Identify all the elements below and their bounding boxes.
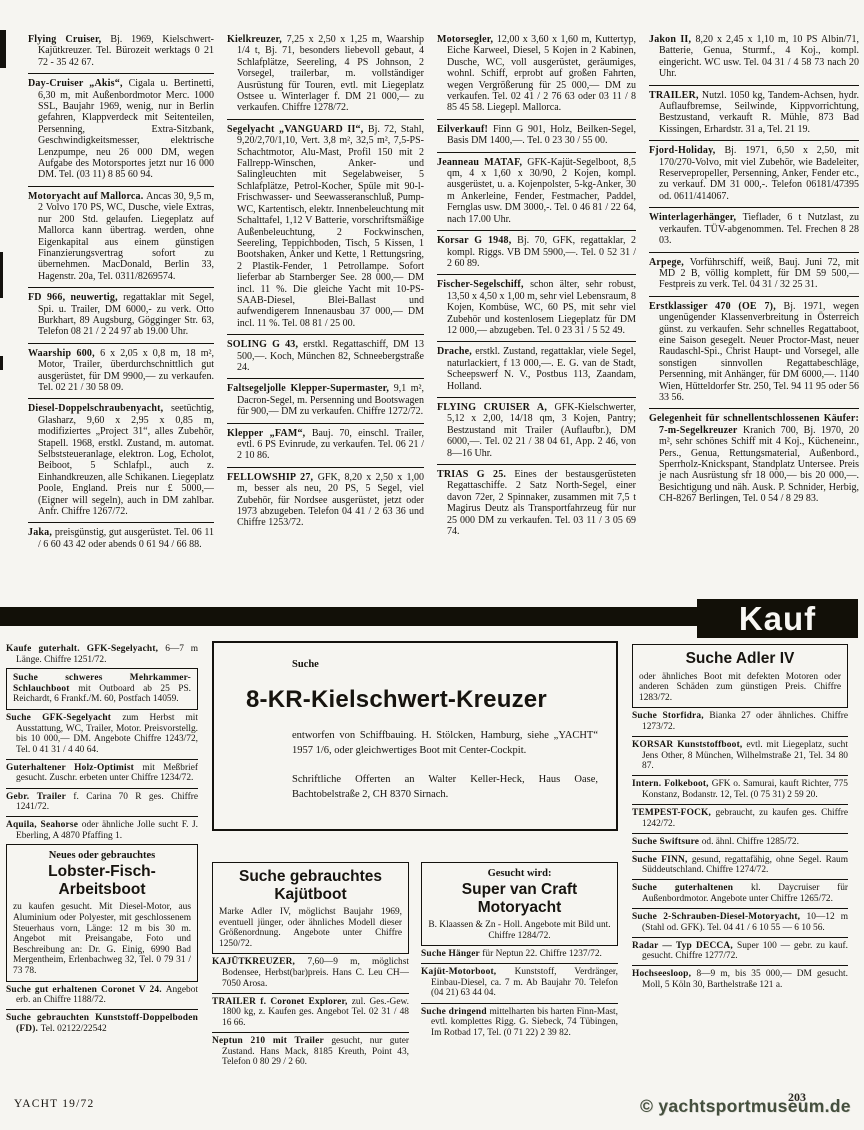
ad-text: Kielkreuzer, 7,25 x 2,50 x 1,25 m, Waars… [227, 34, 424, 114]
ad-divider [28, 398, 214, 399]
ad-text: KAJÜTKREUZER, 7,60—9 m, möglichst Bodens… [212, 957, 409, 989]
ad-divider [227, 423, 424, 424]
ad-text: Suche Storfidra, Bianka 27 oder ähnliche… [632, 711, 848, 732]
ad-text: Day-Cruiser „Akis“, Cigala u. Bertinetti… [28, 78, 214, 181]
classified-ad: Klepper „FAM“, Bauj. 70, einschl. Traile… [227, 428, 424, 462]
ad-text: TEMPEST-FOCK, gebraucht, zu kaufen ges. … [632, 808, 848, 829]
ad-divider [437, 152, 636, 153]
ad-divider [6, 1009, 198, 1010]
ad-divider [649, 408, 859, 409]
ad-headline: Super van Craft Motoryacht [428, 881, 611, 916]
classified-ad: TRIAS G 25. Eines der bestausgerüsteten … [437, 469, 636, 537]
classified-ad: Suche gebrauchten Kunststoff-Doppelboden… [6, 1013, 198, 1034]
ad-divider [649, 140, 859, 141]
ad-divider [632, 937, 848, 938]
classified-ad: FD 966, neuwertig, regattaklar mit Segel… [28, 292, 214, 338]
ad-text: Radar — Typ DECCA, Super 100 — gebr. zu … [632, 941, 848, 962]
ad-text: TRAILER f. Coronet Explorer, zul. Ges.-G… [212, 997, 409, 1029]
classified-ad: Radar — Typ DECCA, Super 100 — gebr. zu … [632, 941, 848, 962]
ad-text: Marke Adler IV, möglichst Baujahr 1969, … [219, 907, 402, 949]
ad-text: Fischer-Segelschiff, schon älter, sehr r… [437, 279, 636, 336]
kauf-column-left: Kaufe guterhalt. GFK-Segelyacht, 6—7 m L… [6, 641, 198, 1103]
ad-divider [437, 230, 636, 231]
ad-text: Guterhaltener Holz-Optimist mit Meßbrief… [6, 763, 198, 784]
print-registration-mark [0, 356, 3, 370]
kauf-ads-section: Kaufe guterhalt. GFK-Segelyacht, 6—7 m L… [6, 641, 858, 1103]
ad-text: Neptun 210 mit Trailer gesucht, nur gute… [212, 1036, 409, 1068]
ad-text: Suche Swiftsure od. ähnl. Chiffre 1285/7… [632, 837, 848, 848]
classified-ad: SOLING G 43, erstkl. Regattaschiff, DM 1… [227, 339, 424, 373]
classified-ad: Suche dringend mittelharten bis harten F… [421, 1007, 618, 1039]
ad-column-2: Kielkreuzer, 7,25 x 2,50 x 1,25 m, Waars… [227, 30, 424, 602]
ad-text: Suche Hänger für Neptun 22. Chiffre 1237… [421, 949, 618, 960]
ad-divider [632, 851, 848, 852]
ad-text: Jeanneau MATAF, GFK-Kajüt-Segelboot, 8,5… [437, 157, 636, 225]
classified-ad: Motoryacht auf Mallorca. Ancas 30, 9,5 m… [28, 191, 214, 282]
boxed-classified-ad: Suche gebrauchtes KajütbootMarke Adler I… [212, 862, 409, 954]
ad-text: Segelyacht „VANGUARD II“, Bj. 72, Stahl,… [227, 124, 424, 329]
ad-text: FD 966, neuwertig, regattaklar mit Segel… [28, 292, 214, 338]
watermark: © yachtsportmuseum.de [640, 1096, 851, 1117]
kauf-column-mid-right: Gesucht wird:Super van Craft MotoryachtB… [421, 859, 618, 1071]
ad-divider [212, 1032, 409, 1033]
ad-divider [649, 296, 859, 297]
ad-divider [649, 252, 859, 253]
classified-ad: Flying Cruiser, Bj. 1969, Kielschwert-Ka… [28, 34, 214, 68]
kauf-column-mid-left: Suche gebrauchtes KajütbootMarke Adler I… [212, 859, 409, 1071]
ad-divider [227, 378, 424, 379]
ad-text: Kajüt-Motorboot, Kunststoff, Verdränger,… [421, 967, 618, 999]
ad-text: Flying Cruiser, Bj. 1969, Kielschwert-Ka… [28, 34, 214, 68]
classified-ad: Kielkreuzer, 7,25 x 2,50 x 1,25 m, Waars… [227, 34, 424, 114]
feature-ad-paragraph: Schriftliche Offerten an Walter Keller-H… [292, 773, 598, 802]
ad-text: Suche guterhaltenen kl. Daycruiser für A… [632, 883, 848, 904]
ad-divider [212, 993, 409, 994]
ad-text: Erstklassiger 470 (OE 7), Bj. 1971, wege… [649, 301, 859, 404]
print-registration-mark [0, 30, 6, 68]
ad-text: Suche gebrauchten Kunststoff-Doppelboden… [6, 1013, 198, 1034]
boxed-classified-ad: Suche Adler IVoder ähnliches Boot mit de… [632, 644, 848, 708]
ad-text: Motorsegler, 12,00 x 3,60 x 1,60 m, Kutt… [437, 34, 636, 114]
ad-text: Korsar G 1948, Bj. 70, GFK, regattaklar,… [437, 235, 636, 269]
ad-text: TRIAS G 25. Eines der bestausgerüsteten … [437, 469, 636, 537]
classified-ad: FELLOWSHIP 27, GFK, 8,20 x 2,50 x 1,00 m… [227, 472, 424, 529]
kauf-column-right: Suche Adler IVoder ähnliches Boot mit de… [632, 641, 848, 1103]
classified-ad: Fischer-Segelschiff, schon älter, sehr r… [437, 279, 636, 336]
ad-column-4: Jakon II, 8,20 x 2,45 x 1,10 m, 10 PS Al… [649, 30, 859, 602]
boxed-classified-ad: Suche schweres Mehrkammer-Schlauchboot m… [6, 668, 198, 710]
classified-ad: Kaufe guterhalt. GFK-Segelyacht, 6—7 m L… [6, 644, 198, 665]
ad-text: Motoryacht auf Mallorca. Ancas 30, 9,5 m… [28, 191, 214, 282]
ad-divider [28, 522, 214, 523]
classified-ad: Suche 2-Schrauben-Diesel-Motoryacht, 10—… [632, 912, 848, 933]
classified-ad: TEMPEST-FOCK, gebraucht, zu kaufen ges. … [632, 808, 848, 829]
ad-divider [649, 85, 859, 86]
ad-text: KORSAR Kunststoffboot, evtl. mit Liegepl… [632, 740, 848, 772]
classified-ad: Jakon II, 8,20 x 2,45 x 1,10 m, 10 PS Al… [649, 34, 859, 80]
ad-divider [28, 186, 214, 187]
ad-text: Intern. Folkeboot, GFK o. Samurai, kauft… [632, 779, 848, 800]
ad-divider [632, 879, 848, 880]
magazine-issue-label: YACHT 19/72 [14, 1098, 94, 1110]
ad-text: Jakon II, 8,20 x 2,45 x 1,10 m, 10 PS Al… [649, 34, 859, 80]
ad-text: Drache, erstkl. Zustand, regattaklar, vi… [437, 346, 636, 392]
ad-headline: Suche gebrauchtes Kajütboot [219, 868, 402, 903]
ad-divider [632, 775, 848, 776]
ad-headline: Lobster-Fisch-Arbeitsboot [13, 863, 191, 898]
feature-ad-kicker: Suche [292, 659, 604, 670]
ad-text: FLYING CRUISER A, GFK-Kielschwerter, 5,1… [437, 402, 636, 459]
classified-ad: Suche guterhaltenen kl. Daycruiser für A… [632, 883, 848, 904]
kauf-section-title: Kauf [739, 600, 816, 638]
ad-divider [227, 467, 424, 468]
ad-text: zu kaufen gesucht. Mit Diesel-Motor, aus… [13, 902, 191, 976]
section-divider-bar [0, 607, 790, 626]
ad-divider [437, 119, 636, 120]
ad-text: Gelegenheit für schnellentschlossenen Kä… [649, 413, 859, 504]
ad-divider [421, 1003, 618, 1004]
ad-text: Jaka, preisgünstig, gut ausgerüstet. Tel… [28, 527, 214, 550]
ad-divider [649, 207, 859, 208]
ad-text: Waarship 600, 6 x 2,05 x 0,8 m, 18 m², M… [28, 348, 214, 394]
classified-ad: Day-Cruiser „Akis“, Cigala u. Bertinetti… [28, 78, 214, 181]
ad-text: Suche gut erhaltenen Coronet V 24. Angeb… [6, 985, 198, 1006]
ad-column-1: Flying Cruiser, Bj. 1969, Kielschwert-Ka… [28, 30, 214, 602]
ad-divider [437, 464, 636, 465]
classified-ad: Eilverkauf! Finn G 901, Holz, Beilken-Se… [437, 124, 636, 147]
ad-divider [28, 73, 214, 74]
ad-divider [437, 341, 636, 342]
classified-ad: Jeanneau MATAF, GFK-Kajüt-Segelboot, 8,5… [437, 157, 636, 225]
ad-divider [421, 963, 618, 964]
classified-ad: Faltsegeljolle Klepper-Supermaster, 9,1 … [227, 383, 424, 417]
classified-ad: Intern. Folkeboot, GFK o. Samurai, kauft… [632, 779, 848, 800]
classified-ad: Neptun 210 mit Trailer gesucht, nur gute… [212, 1036, 409, 1068]
classified-ad: Suche gut erhaltenen Coronet V 24. Angeb… [6, 985, 198, 1006]
classified-ad: Waarship 600, 6 x 2,05 x 0,8 m, 18 m², M… [28, 348, 214, 394]
ad-divider [632, 908, 848, 909]
ad-text: Winterlagerhänger, Tieflader, 6 t Nutzla… [649, 212, 859, 246]
ad-divider [632, 965, 848, 966]
ad-divider [227, 334, 424, 335]
classified-ad: KORSAR Kunststoffboot, evtl. mit Liegepl… [632, 740, 848, 772]
print-registration-mark [0, 252, 3, 298]
feature-ad-paragraph: entworfen von Schiffbauing. H. Stölcken,… [292, 729, 598, 758]
ad-text: Kaufe guterhalt. GFK-Segelyacht, 6—7 m L… [6, 644, 198, 665]
feature-ad-headline: 8-KR-Kielschwert-Kreuzer [246, 686, 604, 714]
ad-text: Diesel-Doppelschraubenyacht, seetüchtig,… [28, 403, 214, 517]
ad-divider [28, 287, 214, 288]
classified-ad: Drache, erstkl. Zustand, regattaklar, vi… [437, 346, 636, 392]
ad-text: Klepper „FAM“, Bauj. 70, einschl. Traile… [227, 428, 424, 462]
classified-ad: Korsar G 1948, Bj. 70, GFK, regattaklar,… [437, 235, 636, 269]
classified-ad: KAJÜTKREUZER, 7,60—9 m, möglichst Bodens… [212, 957, 409, 989]
sale-ads-section: Flying Cruiser, Bj. 1969, Kielschwert-Ka… [28, 30, 859, 602]
ad-text: B. Klaassen & Zn - Holl. Angebote mit Bi… [428, 920, 611, 941]
classified-ad: Suche Storfidra, Bianka 27 oder ähnliche… [632, 711, 848, 732]
classified-ad: FLYING CRUISER A, GFK-Kielschwerter, 5,1… [437, 402, 636, 459]
ad-text: Faltsegeljolle Klepper-Supermaster, 9,1 … [227, 383, 424, 417]
classified-ad: Guterhaltener Holz-Optimist mit Meßbrief… [6, 763, 198, 784]
ad-text: Suche GFK-Segelyacht zum Herbst mit Auss… [6, 713, 198, 755]
ad-text: SOLING G 43, erstkl. Regattaschiff, DM 1… [227, 339, 424, 373]
kauf-section-header: Kauf [697, 599, 858, 638]
ad-divider [632, 833, 848, 834]
kauf-column-middle: Suche 8-KR-Kielschwert-Kreuzer entworfen… [212, 641, 618, 1103]
classified-ad: Suche GFK-Segelyacht zum Herbst mit Auss… [6, 713, 198, 755]
ad-text: Gebr. Trailer f. Carina 70 R ges. Chiffr… [6, 792, 198, 813]
ad-divider [6, 788, 198, 789]
ad-text: Suche FINN, gesund, regattafähig, ohne S… [632, 855, 848, 876]
ad-divider [437, 397, 636, 398]
ad-text: Eilverkauf! Finn G 901, Holz, Beilken-Se… [437, 124, 636, 147]
classified-ad: Kajüt-Motorboot, Kunststoff, Verdränger,… [421, 967, 618, 999]
boxed-classified-ad: Neues oder gebrauchtesLobster-Fisch-Arbe… [6, 844, 198, 981]
ad-text: Arpege, Vorführschiff, weiß, Bauj. Juni … [649, 257, 859, 291]
classified-ad: TRAILER, Nutzl. 1050 kg, Tandem-Achsen, … [649, 90, 859, 136]
ad-divider [28, 343, 214, 344]
classified-ad: Aquila, Seahorse oder ähnliche Jolle suc… [6, 820, 198, 841]
classified-ad: Diesel-Doppelschraubenyacht, seetüchtig,… [28, 403, 214, 517]
classified-ad: Erstklassiger 470 (OE 7), Bj. 1971, wege… [649, 301, 859, 404]
ad-divider [632, 736, 848, 737]
classified-ad: Suche Swiftsure od. ähnl. Chiffre 1285/7… [632, 837, 848, 848]
ad-text: Fjord-Holiday, Bj. 1971, 6,50 x 2,50, mi… [649, 145, 859, 202]
classified-ad: TRAILER f. Coronet Explorer, zul. Ges.-G… [212, 997, 409, 1029]
ad-text: Aquila, Seahorse oder ähnliche Jolle suc… [6, 820, 198, 841]
ad-kicker: Gesucht wird: [428, 868, 611, 879]
ad-text: Suche 2-Schrauben-Diesel-Motoryacht, 10—… [632, 912, 848, 933]
kauf-middle-subcolumns: Suche gebrauchtes KajütbootMarke Adler I… [212, 859, 618, 1071]
classified-ad: Fjord-Holiday, Bj. 1971, 6,50 x 2,50, mi… [649, 145, 859, 202]
classified-ad: Suche FINN, gesund, regattafähig, ohne S… [632, 855, 848, 876]
classified-ad: Gelegenheit für schnellentschlossenen Kä… [649, 413, 859, 504]
classified-ad: Winterlagerhänger, Tieflader, 6 t Nutzla… [649, 212, 859, 246]
feature-ad-8kr-kreuzer: Suche 8-KR-Kielschwert-Kreuzer entworfen… [212, 641, 618, 831]
classified-ad: Suche Hänger für Neptun 22. Chiffre 1237… [421, 949, 618, 960]
ad-text: TRAILER, Nutzl. 1050 kg, Tandem-Achsen, … [649, 90, 859, 136]
classified-ad: Segelyacht „VANGUARD II“, Bj. 72, Stahl,… [227, 124, 424, 329]
boxed-classified-ad: Gesucht wird:Super van Craft MotoryachtB… [421, 862, 618, 946]
classified-ad: Motorsegler, 12,00 x 3,60 x 1,60 m, Kutt… [437, 34, 636, 114]
ad-text: Hochseesloop, 8—9 m, bis 35 000,— DM ges… [632, 969, 848, 990]
classified-ad: Arpege, Vorführschiff, weiß, Bauj. Juni … [649, 257, 859, 291]
ad-headline: Suche Adler IV [639, 650, 841, 668]
ad-text: Suche dringend mittelharten bis harten F… [421, 1007, 618, 1039]
classified-ad: Jaka, preisgünstig, gut ausgerüstet. Tel… [28, 527, 214, 550]
classified-ad: Hochseesloop, 8—9 m, bis 35 000,— DM ges… [632, 969, 848, 990]
magazine-page: Flying Cruiser, Bj. 1969, Kielschwert-Ka… [0, 0, 864, 1130]
ad-kicker: Neues oder gebrauchtes [13, 850, 191, 861]
ad-divider [6, 816, 198, 817]
ad-text: Suche schweres Mehrkammer-Schlauchboot m… [13, 673, 191, 705]
classified-ad: Gebr. Trailer f. Carina 70 R ges. Chiffr… [6, 792, 198, 813]
ad-divider [6, 759, 198, 760]
ad-divider [227, 119, 424, 120]
ad-column-3: Motorsegler, 12,00 x 3,60 x 1,60 m, Kutt… [437, 30, 636, 602]
ad-divider [437, 274, 636, 275]
ad-text: FELLOWSHIP 27, GFK, 8,20 x 2,50 x 1,00 m… [227, 472, 424, 529]
ad-text: oder ähnliches Boot mit defekten Motoren… [639, 672, 841, 704]
ad-divider [632, 804, 848, 805]
